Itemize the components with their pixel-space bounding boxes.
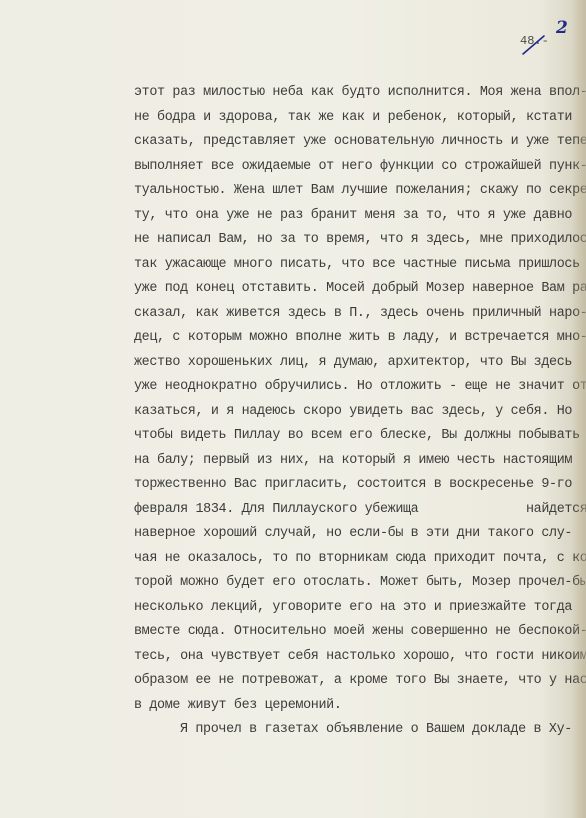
text-line: чтобы видеть Пиллау во всем его блеске, … [134,424,574,449]
text-line: наверное хороший случай, но если-бы в эт… [134,522,574,547]
text-line: не бодра и здорова, так же как и ребенок… [134,106,574,131]
text-line: образом ее не потревожат, а кроме того В… [134,669,574,694]
text-line: дец, с которым можно вполне жить в ладу,… [134,326,574,351]
strike-through-icon [520,34,550,56]
text-line: не написал Вам, но за то время, что я зд… [134,228,574,253]
text-line: вместе сюда. Относительно моей жены сове… [134,620,574,645]
letter-body: этот раз милостью неба как будто исполни… [134,81,574,743]
text-line: сказать, представляет уже основательную … [134,130,574,155]
paragraph-start-line: Я прочел в газетах объявление о Вашем до… [134,718,574,743]
handwritten-page-number: 2 [556,18,568,38]
text-line: так ужасающе много писать, что все частн… [134,253,574,278]
text-line: этот раз милостью неба как будто исполни… [134,81,574,106]
text-line: выполняет все ожидаемые от него функции … [134,155,574,180]
text-line: на балу; первый из них, на который я име… [134,449,574,474]
text-line: тесь, она чувствует себя настолько хорош… [134,645,574,670]
text-line: в доме живут без церемоний. [134,694,574,719]
text-line: сказал, как живется здесь в П., здесь оч… [134,302,574,327]
text-line: ту, что она уже не раз бранит меня за то… [134,204,574,229]
text-line: февраля 1834. Для Пиллауского убежища на… [134,498,574,523]
text-line: уже под конец отставить. Мосей добрый Мо… [134,277,574,302]
text-line: уже неоднократно обручились. Но отложить… [134,375,574,400]
text-line: торой можно будет его отослать. Может бы… [134,571,574,596]
text-line: казаться, и я надеюсь скоро увидеть вас … [134,400,574,425]
text-line: туальностью. Жена шлет Вам лучшие пожела… [134,179,574,204]
text-line: несколько лекций, уговорите его на это и… [134,596,574,621]
text-line: торжественно Вас пригласить, состоится в… [134,473,574,498]
typewritten-page: 48.- 2 этот раз милостью неба как будто … [0,0,586,818]
text-line: жество хорошеньких лиц, я думаю, архитек… [134,351,574,376]
text-line: чая не оказалось, то по вторникам сюда п… [134,547,574,572]
